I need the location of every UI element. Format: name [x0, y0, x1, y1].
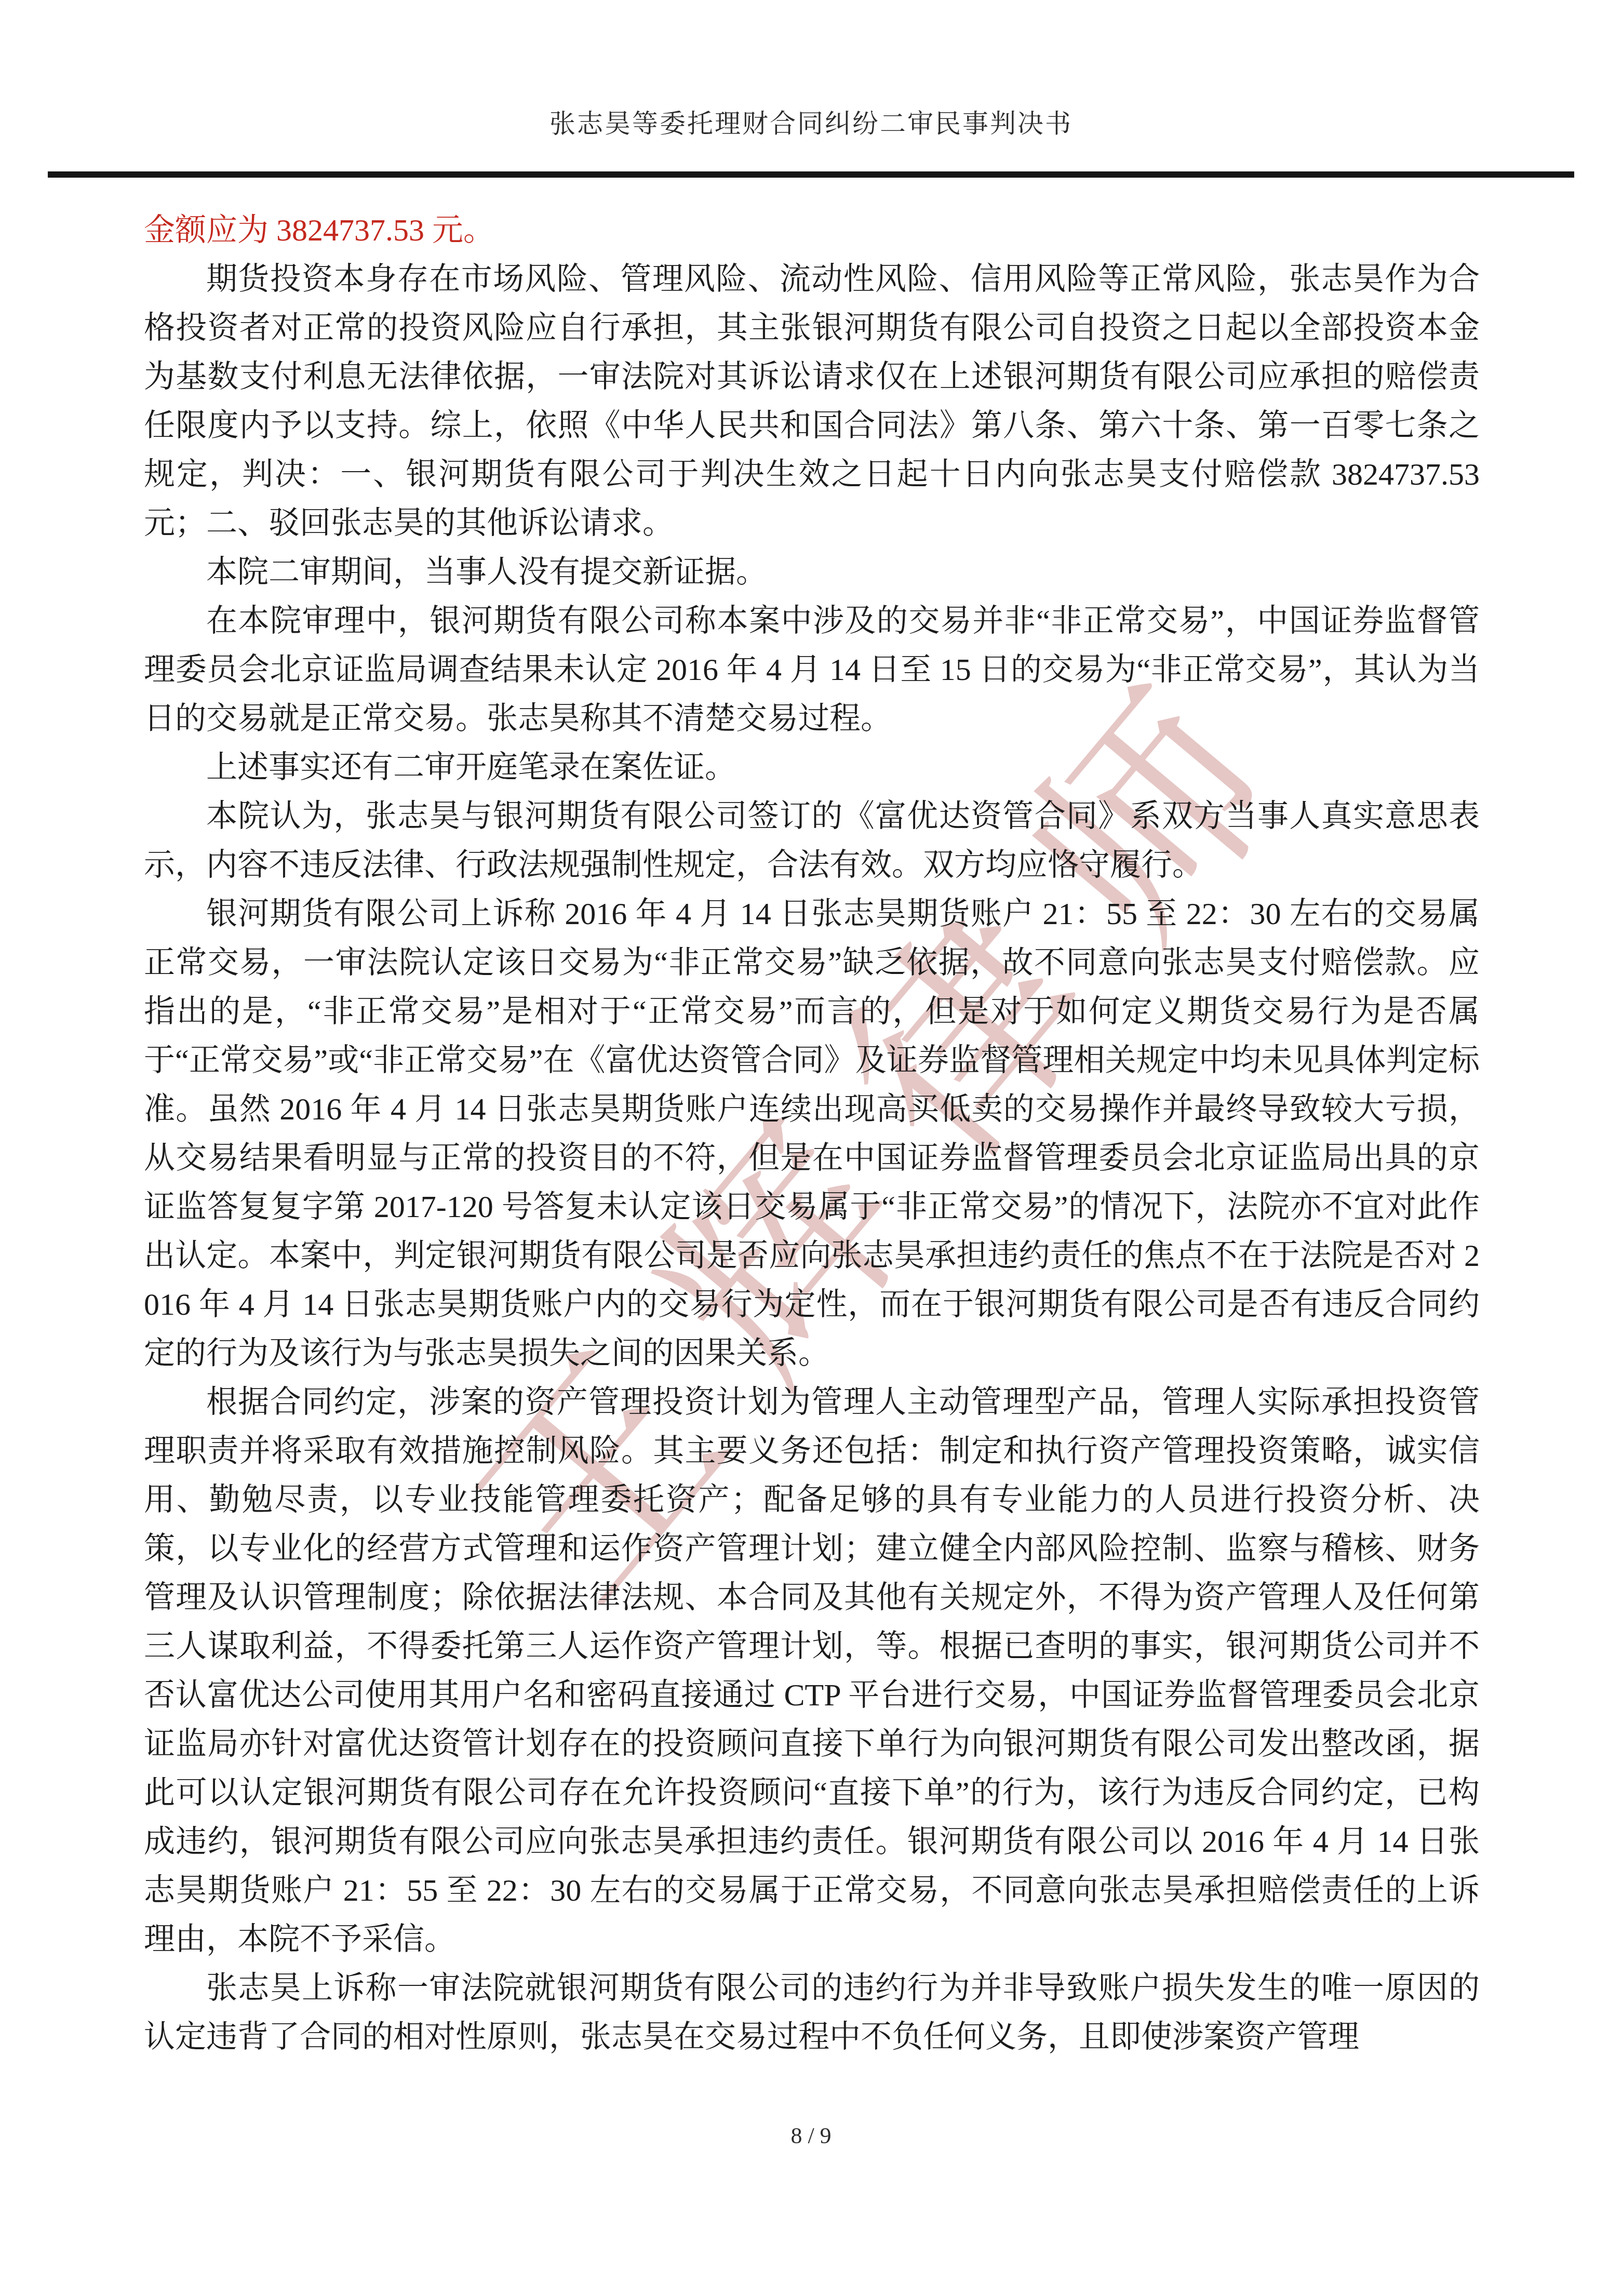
body-paragraph: 张志昊上诉称一审法院就银河期货有限公司的违约行为并非导致账户损失发生的唯一原因的… [144, 1964, 1480, 2061]
body-paragraph: 本院认为，张志昊与银河期货有限公司签订的《富优达资管合同》系双方当事人真实意思表… [144, 792, 1480, 889]
red-correction-line: 金额应为 3824737.53 元。 [144, 206, 1480, 255]
body-paragraph: 上述事实还有二审开庭笔录在案佐证。 [144, 743, 1480, 792]
page-number: 8 / 9 [0, 2123, 1622, 2149]
body-paragraph: 在本院审理中，银河期货有限公司称本案中涉及的交易并非“非正常交易”，中国证券监督… [144, 596, 1480, 743]
body-paragraph: 根据合同约定，涉案的资产管理投资计划为管理人主动管理型产品，管理人实际承担投资管… [144, 1378, 1480, 1964]
document-body: 金额应为 3824737.53 元。 期货投资本身存在市场风险、管理风险、流动性… [144, 206, 1480, 2061]
document-header-title: 张志昊等委托理财合同纠纷二审民事判决书 [0, 103, 1622, 140]
body-paragraph: 本院二审期间，当事人没有提交新证据。 [144, 548, 1480, 596]
body-paragraph: 期货投资本身存在市场风险、管理风险、流动性风险、信用风险等正常风险，张志昊作为合… [144, 255, 1480, 548]
judgment-document-page: 张志昊等委托理财合同纠纷二审民事判决书 王辉律师 金额应为 3824737.53… [0, 0, 1622, 2296]
body-paragraph: 银河期货有限公司上诉称 2016 年 4 月 14 日张志昊期货账户 21：55… [144, 889, 1480, 1378]
header-divider [48, 171, 1574, 178]
